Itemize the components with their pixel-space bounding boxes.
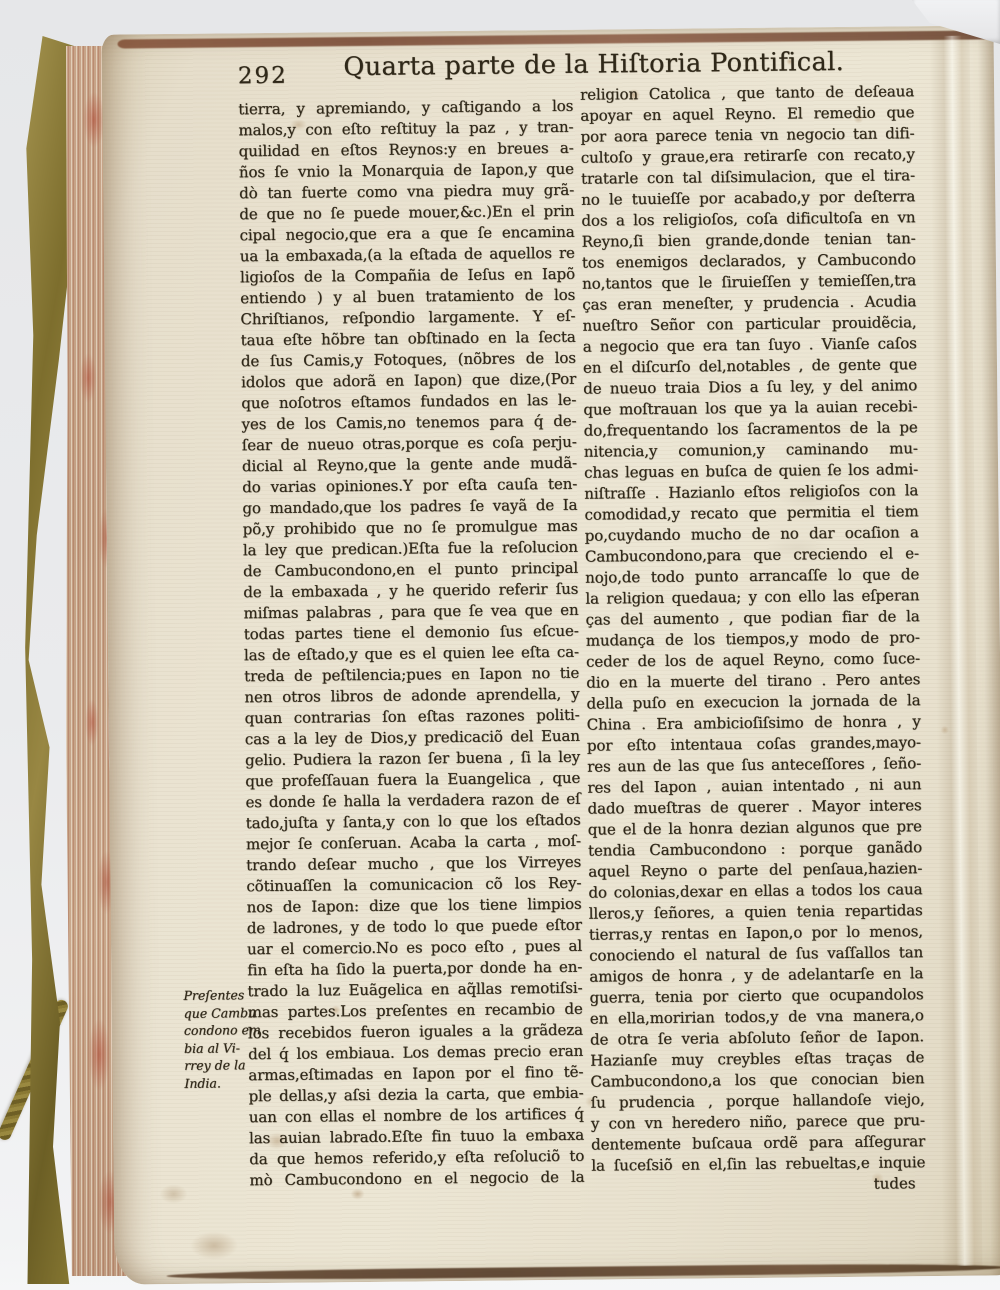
running-header: Quarta parte de la Hiſtoria Pontifical.: [298, 46, 890, 82]
text-line: rrey de la: [184, 1056, 250, 1074]
text-line: India.: [184, 1074, 250, 1092]
text-column-right: religion Catolica , que tanto de deſeaua…: [580, 81, 926, 1197]
text-line: condono em: [184, 1021, 250, 1039]
text-column-right-lines: religion Catolica , que tanto de deſeaua…: [580, 81, 925, 1176]
text-line: que Cambu: [184, 1004, 250, 1022]
catchword: tudes: [591, 1173, 925, 1197]
text-line: mò Cambucondono en el negocio de la: [249, 1167, 584, 1192]
book-photo: 292 Quarta parte de la Hiſtoria Pontific…: [0, 0, 1000, 1290]
book-page: 292 Quarta parte de la Hiſtoria Pontific…: [101, 25, 1000, 1284]
margin-note: Preſentesque Cambucondono embia al Vi-rr…: [183, 986, 250, 1092]
page-number: 292: [238, 63, 288, 90]
text-line: Preſentes: [183, 986, 249, 1004]
printed-text-layer: 292 Quarta parte de la Hiſtoria Pontific…: [101, 25, 1000, 1284]
text-column-left: tierra, y apremiando, y caſtigando a los…: [238, 96, 584, 1191]
text-line: bia al Vi-: [184, 1039, 250, 1057]
